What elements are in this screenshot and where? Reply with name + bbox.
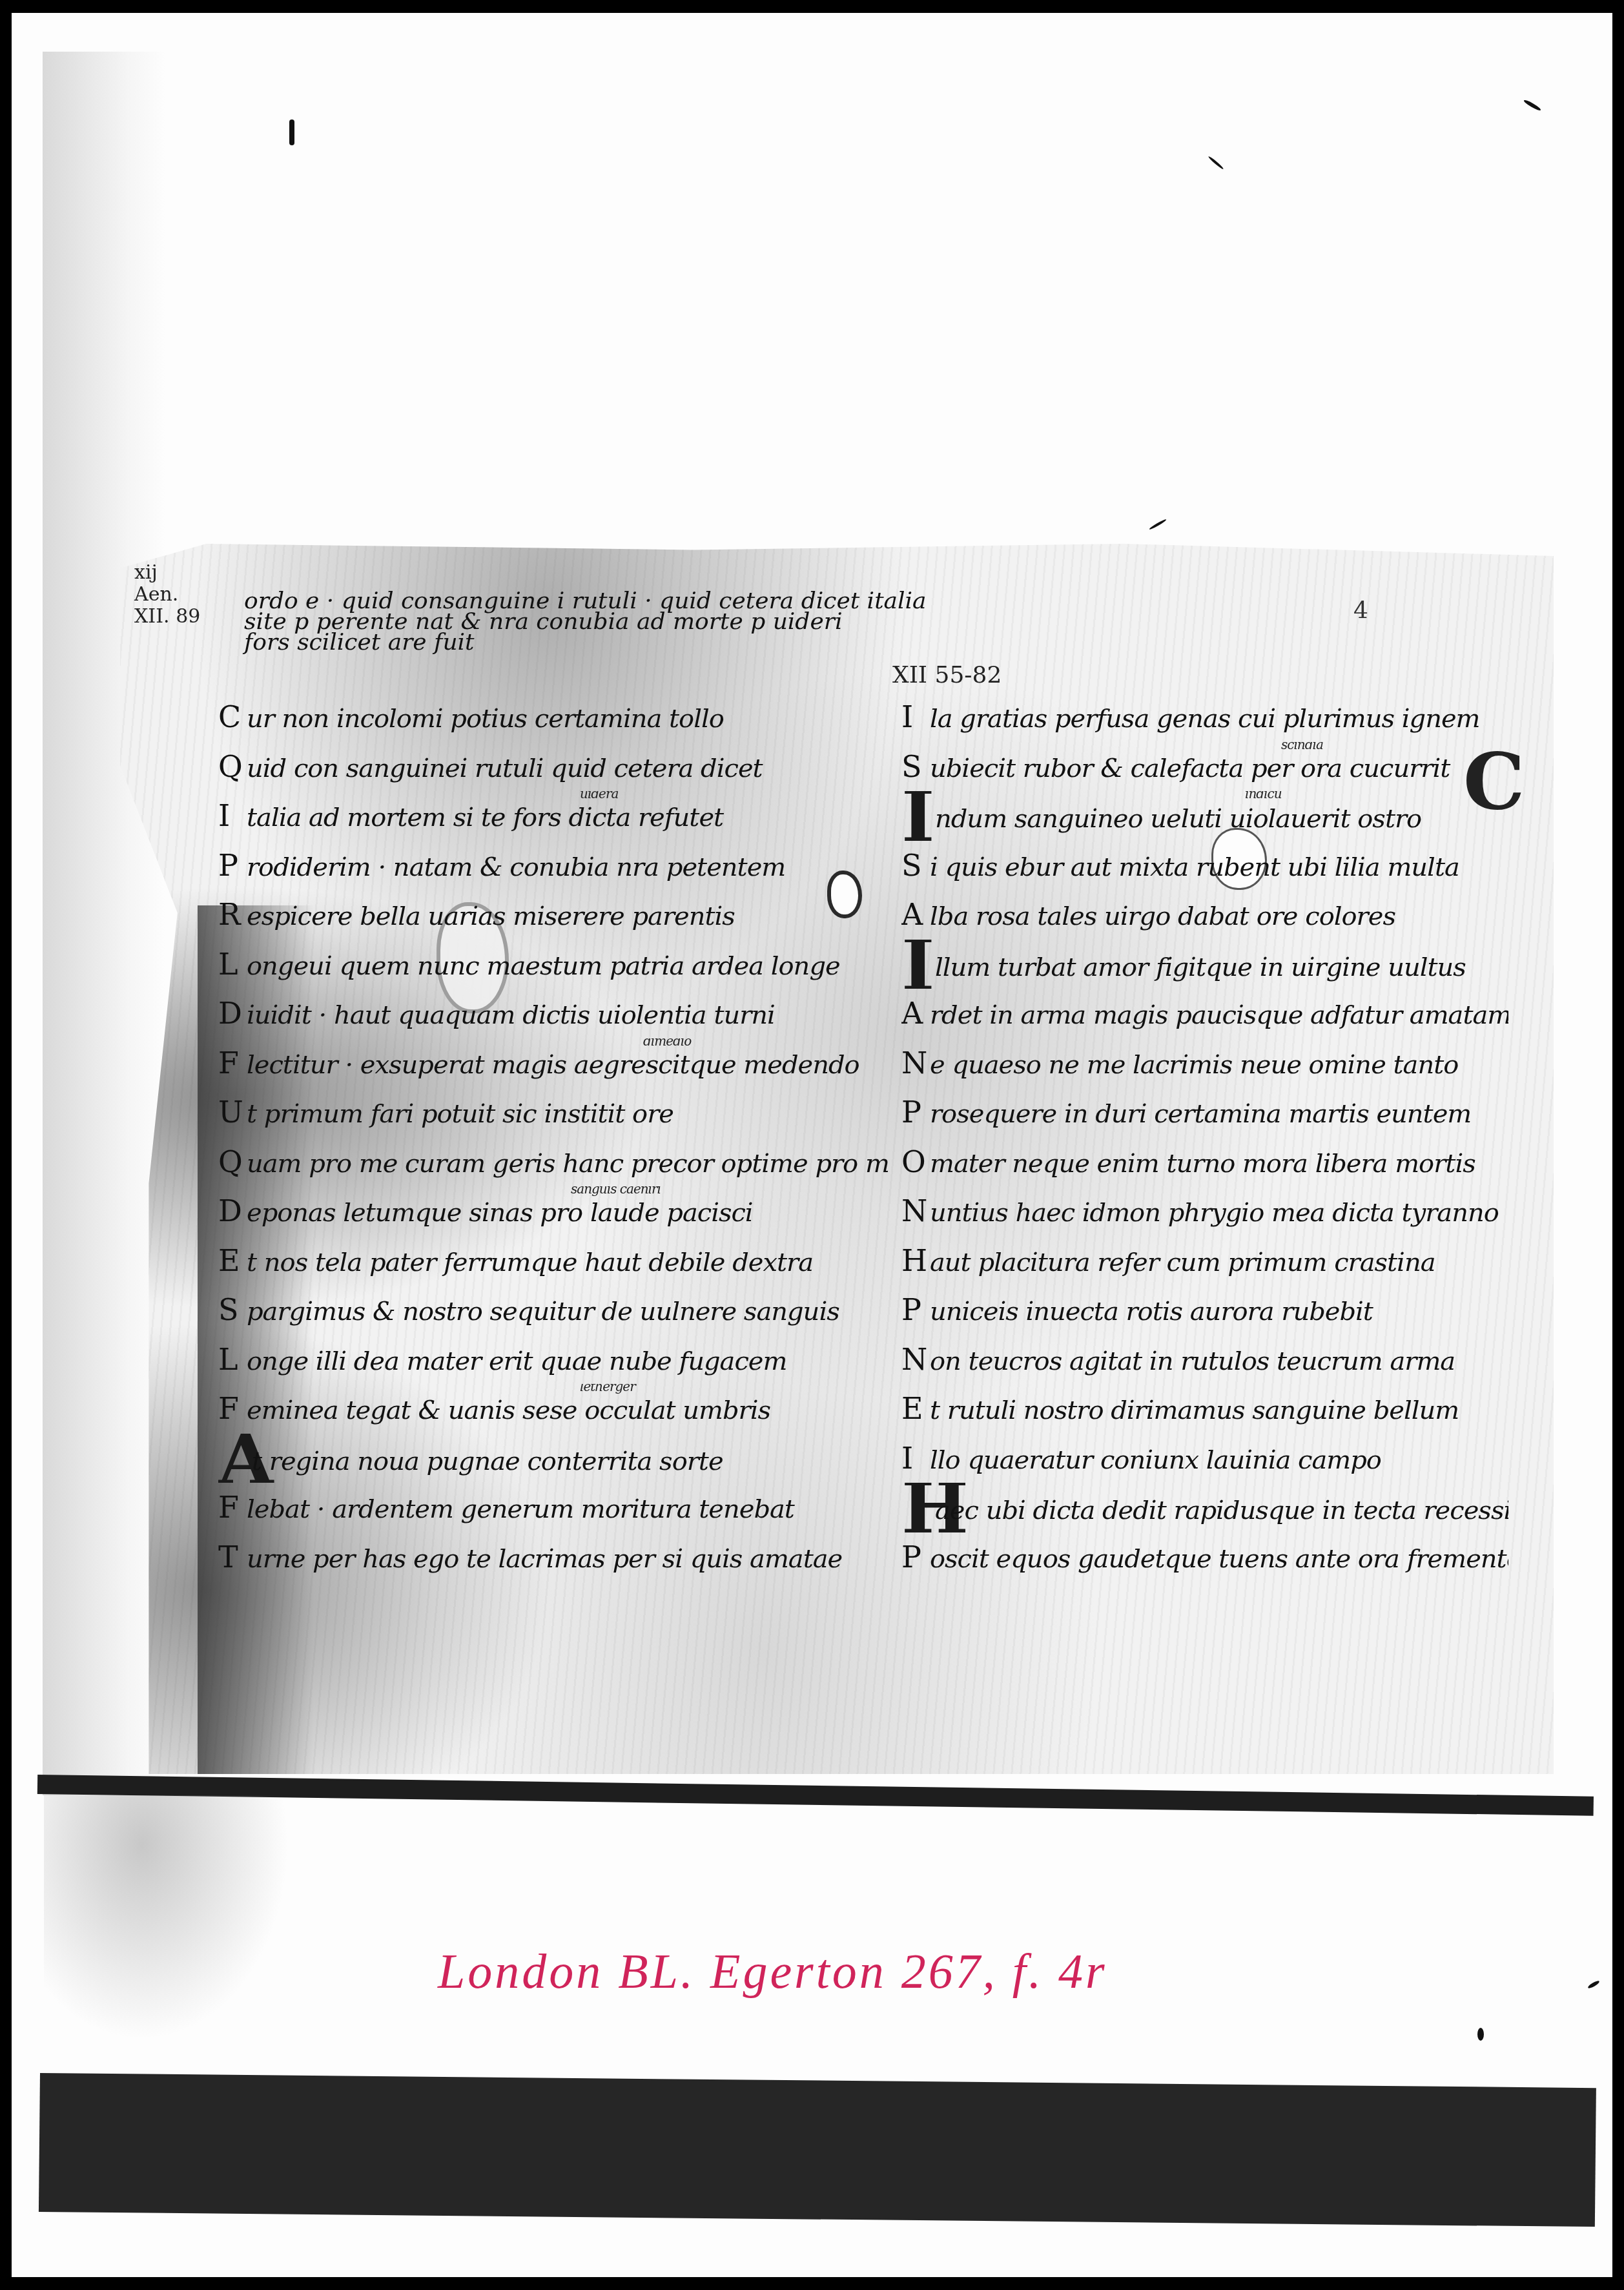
verse-text: rdet in arma magis paucisque adfatur ama… — [930, 1000, 1508, 1030]
verse-initial: P — [218, 841, 247, 891]
verse-line: Ut primum fari potuit sic institit ore — [218, 1088, 890, 1137]
verse-text: e quaeso ne me lacrimis neue omine tanto — [930, 1050, 1458, 1080]
verse-initial: N — [901, 1335, 930, 1385]
verse-text: la gratias perfusa genas cui plurimus ig… — [930, 704, 1480, 734]
verse-initial: I — [901, 1434, 930, 1483]
verse-text: aec ubi dicta dedit rapidusque in tecta … — [935, 1496, 1508, 1525]
verse-line: Ardet in arma magis paucisque adfatur am… — [901, 989, 1508, 1038]
verse-line: Illo quaeratur coniunx lauinia campo — [901, 1434, 1508, 1483]
verse-line: Prosequere in duri certamina martis eunt… — [901, 1088, 1508, 1137]
verse-line: Respicere bella uarias miserere parentis — [218, 890, 890, 940]
verse-text: t regina noua pugnae conterrita sorte — [252, 1447, 723, 1476]
speck — [1523, 99, 1542, 112]
verse-initial: A — [901, 989, 930, 1038]
verse-line: Ila gratias perfusa genas cui plurimus i… — [901, 692, 1508, 742]
copier-shadow — [43, 52, 165, 1795]
verse-initial: S — [901, 841, 930, 891]
verse-text: mater neque enim turno mora libera morti… — [930, 1149, 1475, 1179]
verse-text: ur non incolomi potius certamina tollo — [247, 704, 724, 734]
verse-text: ubiecit rubor & calefacta per ora cucurr… — [930, 754, 1450, 783]
verse-initial: N — [901, 1038, 930, 1088]
verse-initial: I — [218, 791, 247, 841]
verse-line: Diuidit · haut quaquam dictis uiolentia … — [218, 989, 890, 1038]
decorated-initial: A — [218, 1434, 252, 1483]
verse-line: Deponas letumque sinas pro laude pacisci… — [218, 1186, 890, 1236]
verse-line: Flebat · ardentem generum moritura teneb… — [218, 1483, 890, 1532]
verse-text: aut placitura refer cum primum crastina — [930, 1248, 1435, 1277]
verse-initial: N — [901, 1186, 930, 1236]
decorated-initial: H — [901, 1483, 935, 1532]
verse-line: Non teucros agitat in rutulos teucrum ar… — [901, 1335, 1508, 1385]
verse-line: Longeui quem nunc maestum patria ardea l… — [218, 940, 890, 989]
verse-initial: F — [218, 1483, 247, 1532]
margin-reference: xij Aen. XII. 89 — [134, 562, 200, 628]
decorated-initial: I — [901, 791, 935, 841]
verse-initial: E — [218, 1236, 247, 1286]
verse-line: Puniceis inuecta rotis aurora rubebit — [901, 1285, 1508, 1335]
verse-initial: H — [901, 1236, 930, 1286]
verse-text: ongeui quem nunc maestum patria ardea lo… — [247, 951, 840, 981]
verse-initial: E — [901, 1384, 930, 1434]
copier-bottom-band — [39, 2073, 1596, 2227]
left-text-column: Cur non incolomi potius certamina tolloQ… — [218, 692, 890, 1582]
verse-line: Haut placitura refer cum primum crastina — [901, 1236, 1508, 1286]
verse-text: espicere bella uarias miserere parentis — [247, 902, 735, 931]
interlinear-gloss: indicu — [1245, 791, 1282, 800]
verse-text: lebat · ardentem generum moritura teneba… — [247, 1494, 794, 1524]
verse-line: Flectitur · exsuperat magis aegrescitque… — [218, 1038, 890, 1088]
verse-line: Quam pro me curam geris hanc precor opti… — [218, 1137, 890, 1187]
verse-line: At regina noua pugnae conterrita sorte — [218, 1434, 890, 1483]
verse-line: Si quis ebur aut mixta rubent ubi lilia … — [901, 841, 1508, 891]
verse-text: talia ad mortem si te fors dicta refutet — [247, 803, 723, 832]
verse-text: rosequere in duri certamina martis eunte… — [930, 1099, 1471, 1129]
verse-line: Quid con sanguinei rutuli quid cetera di… — [218, 742, 890, 792]
verse-initial: T — [218, 1532, 247, 1582]
verse-line: Ne quaeso ne me lacrimis neue omine tant… — [901, 1038, 1508, 1088]
verse-initial: S — [218, 1285, 247, 1335]
verse-text: untius haec idmon phrygio mea dicta tyra… — [930, 1198, 1499, 1228]
verse-initial: I — [901, 692, 930, 742]
verse-text: on teucros agitat in rutulos teucrum arm… — [930, 1346, 1455, 1376]
verse-line: Prodiderim · natam & conubia nra petente… — [218, 841, 890, 891]
verse-text: uniceis inuecta rotis aurora rubebit — [930, 1297, 1373, 1326]
verse-initial: L — [218, 940, 247, 989]
verse-initial: Q — [218, 1137, 247, 1187]
verse-text: oscit equos gaudetque tuens ante ora fre… — [930, 1544, 1508, 1574]
verse-line: Et rutuli nostro dirimamus sanguine bell… — [901, 1384, 1508, 1434]
speck — [1208, 156, 1224, 170]
verse-initial: F — [218, 1384, 247, 1434]
verse-initial: L — [218, 1335, 247, 1385]
verse-text: urne per has ego te lacrimas per si quis… — [247, 1544, 842, 1574]
verse-text: pargimus & nostro sequitur de uulnere sa… — [247, 1297, 839, 1326]
verse-initial: U — [218, 1088, 247, 1137]
verse-text: i quis ebur aut mixta rubent ubi lilia m… — [930, 852, 1459, 882]
verse-text: ndum sanguineo ueluti uiolauerit ostro — [935, 804, 1421, 834]
verse-initial: P — [901, 1532, 930, 1582]
verse-initial: O — [901, 1137, 930, 1187]
shelfmark-caption: London BL. Egerton 267, f. 4r — [438, 1944, 1107, 2000]
verse-text: uid con sanguinei rutuli quid cetera dic… — [247, 754, 763, 783]
header-gloss: ordo e · quid consanguine i rutuli · qui… — [244, 591, 927, 653]
interlinear-gloss: scindia — [1281, 742, 1323, 751]
copier-smudge — [44, 1795, 289, 2041]
verse-range-label: XII 55-82 — [892, 662, 1002, 688]
verse-text: lectitur · exsuperat magis aegrescitque … — [247, 1050, 859, 1080]
verse-initial: C — [218, 692, 247, 742]
verse-line: Cur non incolomi potius certamina tollo — [218, 692, 890, 742]
verse-text: llum turbat amor figitque in uirgine uul… — [935, 953, 1466, 982]
verse-line: Turne per has ego te lacrimas per si qui… — [218, 1532, 890, 1582]
verse-text: iuidit · haut quaquam dictis uiolentia t… — [247, 1000, 775, 1030]
interlinear-gloss: letherger — [580, 1384, 635, 1393]
verse-text: eminea tegat & uanis sese occulat umbris — [247, 1396, 770, 1425]
verse-line: Indum sanguineo ueluti uiolauerit ostroi… — [901, 791, 1508, 841]
verse-initial: F — [218, 1038, 247, 1088]
verse-line: Longe illi dea mater erit quae nube fuga… — [218, 1335, 890, 1385]
decorated-initial: I — [901, 940, 935, 989]
verse-text: t nos tela pater ferrumque haut debile d… — [247, 1248, 813, 1277]
verse-text: rodiderim · natam & conubia nra petentem — [247, 852, 785, 882]
speck — [1587, 1979, 1600, 1989]
verse-initial: Q — [218, 742, 247, 792]
verse-line: Alba rosa tales uirgo dabat ore colores — [901, 890, 1508, 940]
verse-line: Poscit equos gaudetque tuens ante ora fr… — [901, 1532, 1508, 1582]
verse-text: lba rosa tales uirgo dabat ore colores — [930, 902, 1395, 931]
folio-number: 4 — [1353, 597, 1368, 624]
verse-text: uam pro me curam geris hanc precor optim… — [247, 1149, 890, 1179]
verse-line: Omater neque enim turno mora libera mort… — [901, 1137, 1508, 1187]
interlinear-gloss: dimedio — [643, 1038, 691, 1047]
verse-text: t primum fari potuit sic institit ore — [247, 1099, 673, 1129]
verse-initial: D — [218, 989, 247, 1038]
verse-line: Feminea tegat & uanis sese occulat umbri… — [218, 1384, 890, 1434]
verse-initial: P — [901, 1088, 930, 1137]
photocopy-sheet: xij Aen. XII. 89 ordo e · quid consangui… — [12, 13, 1612, 2277]
speck — [1477, 2028, 1484, 2041]
verse-line: Spargimus & nostro sequitur de uulnere s… — [218, 1285, 890, 1335]
interlinear-gloss: sanguis caeniri — [571, 1186, 661, 1195]
verse-initial: R — [218, 890, 247, 940]
verse-initial: D — [218, 1186, 247, 1236]
verse-line: Nuntius haec idmon phrygio mea dicta tyr… — [901, 1186, 1508, 1236]
verse-initial: A — [901, 890, 930, 940]
verse-text: eponas letumque sinas pro laude pacisci — [247, 1198, 753, 1228]
verse-line: Subiecit rubor & calefacta per ora cucur… — [901, 742, 1508, 792]
verse-line: Italia ad mortem si te fors dicta refute… — [218, 791, 890, 841]
verse-line: Illum turbat amor figitque in uirgine uu… — [901, 940, 1508, 989]
verse-line: Et nos tela pater ferrumque haut debile … — [218, 1236, 890, 1286]
verse-text: llo quaeratur coniunx lauinia campo — [930, 1445, 1381, 1475]
speck — [1149, 519, 1167, 530]
verse-initial: S — [901, 742, 930, 792]
speck — [289, 119, 294, 145]
verse-line: Haec ubi dicta dedit rapidusque in tecta… — [901, 1483, 1508, 1532]
verse-text: onge illi dea mater erit quae nube fugac… — [247, 1346, 786, 1376]
verse-initial: P — [901, 1285, 930, 1335]
interlinear-gloss: uidera — [580, 791, 618, 800]
right-text-column: Ila gratias perfusa genas cui plurimus i… — [901, 692, 1508, 1582]
verse-text: t rutuli nostro dirimamus sanguine bellu… — [930, 1396, 1459, 1425]
